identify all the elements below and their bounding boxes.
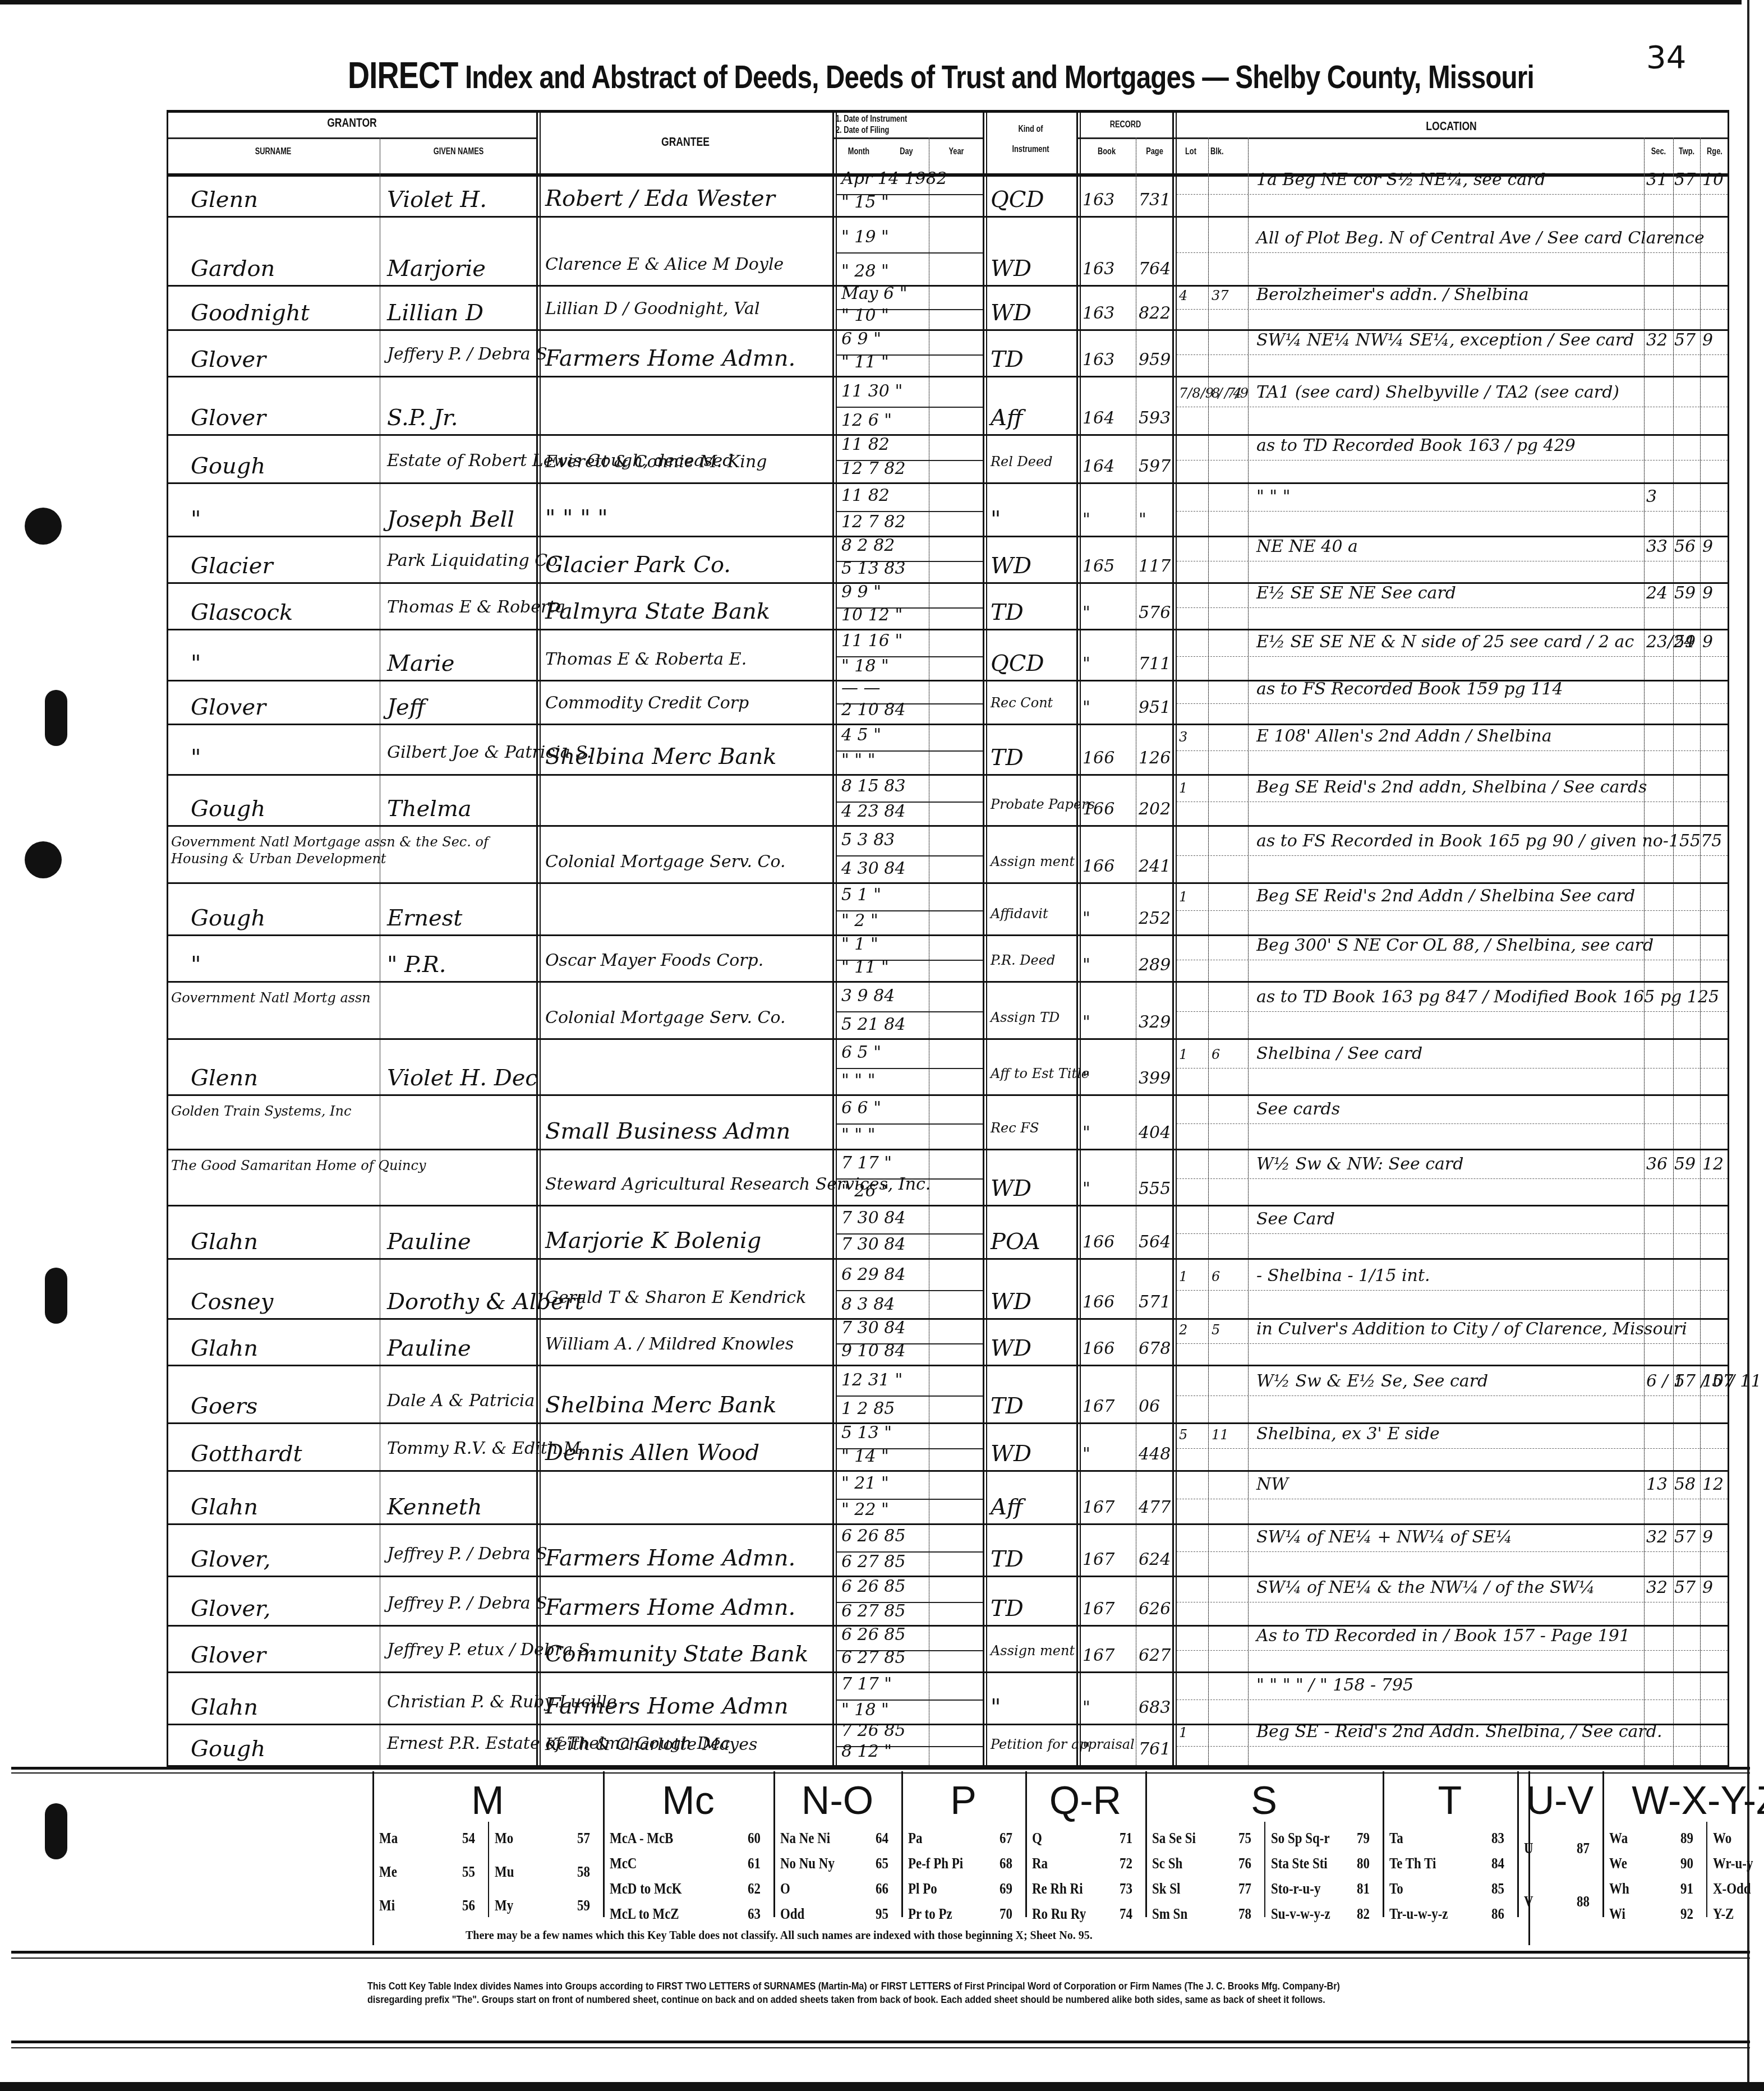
location-blk: 6 <box>1212 1048 1220 1061</box>
key-entry-sheet: 82 <box>1357 1905 1370 1923</box>
grantor-given-names: S.P. Jr. <box>387 407 458 429</box>
location-guide-line <box>1177 656 1728 657</box>
grantee-name: Colonial Mortgage Serv. Co. <box>545 1010 786 1026</box>
header-book: Book <box>1083 147 1130 157</box>
key-entry-label: Pe-f Ph Pi <box>908 1855 963 1872</box>
key-entry-sheet: 56 <box>462 1897 475 1914</box>
key-entry-label: Pa <box>908 1830 923 1847</box>
date-of-filing: " 10 " <box>841 307 889 324</box>
record-book: " <box>1083 957 1090 974</box>
key-entry-label: No Nu Ny <box>780 1855 835 1872</box>
grantor-surname: Glover, <box>191 1548 271 1570</box>
location-description: NE NE 40 a <box>1256 538 1358 555</box>
date-of-instrument: 8 2 82 <box>841 537 895 554</box>
grantee-name: Colonial Mortgage Serv. Co. <box>545 854 786 871</box>
location-rge: 9 <box>1702 1579 1713 1596</box>
header-surname: SURNAME <box>188 147 358 157</box>
location-description: 1a Beg NE cor S½ NE¼, see card <box>1256 172 1546 188</box>
key-group-letter: Mc <box>603 1778 773 1823</box>
location-guide-line <box>1177 910 1728 911</box>
location-guide-line <box>1177 1011 1728 1012</box>
record-book: 164 <box>1083 410 1114 427</box>
record-book: 167 <box>1083 1499 1114 1516</box>
location-rge: 9 <box>1702 538 1713 555</box>
date-of-instrument: " 1 " <box>841 936 878 953</box>
date-of-filing: 6 27 85 <box>841 1650 906 1666</box>
grantee-name: Palmyra State Bank <box>545 600 770 623</box>
date-of-instrument: — — <box>841 680 881 697</box>
record-book: 166 <box>1083 1341 1114 1357</box>
location-lot: 1 <box>1179 781 1187 795</box>
date-of-filing: " 22 " <box>841 1502 889 1518</box>
key-entry-label: Wi <box>1609 1905 1625 1923</box>
key-entry-sheet: 73 <box>1120 1880 1132 1897</box>
key-entry-label: Wh <box>1609 1880 1629 1897</box>
instrument-kind: " <box>991 1696 1001 1719</box>
location-guide-line <box>1177 1233 1728 1234</box>
date-of-instrument: 11 82 <box>841 436 890 453</box>
grantor-surname: Glover <box>191 1644 266 1666</box>
date-of-instrument: 11 30 " <box>841 383 902 400</box>
date-of-instrument: 7 26 85 <box>841 1722 906 1739</box>
date-of-filing: 12 6 " <box>841 412 892 429</box>
date-of-instrument: 11 82 <box>841 487 890 504</box>
location-description: All of Plot Beg. N of Central Ave / See … <box>1256 230 1705 247</box>
key-entry-sheet: 71 <box>1120 1830 1132 1847</box>
grantor-surname: Glascock <box>191 601 293 624</box>
location-divider <box>1173 137 1729 139</box>
grantor-surname: Government Natl Mortg assn <box>171 989 530 1006</box>
key-group-letter: S <box>1145 1778 1383 1823</box>
grantor-given-names: Pauline <box>387 1231 471 1253</box>
date-of-filing: 12 7 82 <box>841 460 906 477</box>
location-lot: 5 <box>1179 1428 1187 1441</box>
record-page: 624 <box>1139 1551 1171 1568</box>
key-end-rule <box>11 1951 1750 1954</box>
grantor-given-names: Kenneth <box>387 1496 482 1518</box>
grantee-name: Thomas E & Roberta E. <box>545 651 747 668</box>
page-title: DIRECT Index and Abstract of Deeds, Deed… <box>348 54 1534 96</box>
key-entry-sheet: 70 <box>1000 1905 1012 1923</box>
record-book: " <box>1083 1014 1090 1031</box>
location-description: W½ Sw & NW: See card <box>1256 1156 1463 1173</box>
key-entry-label: Wr-u-y <box>1713 1855 1753 1872</box>
instrument-kind: Assign ment <box>991 1644 1075 1657</box>
record-book: " <box>1083 910 1090 927</box>
grantor-surname: Glover <box>191 348 266 371</box>
key-entry-sheet: 67 <box>1000 1830 1012 1847</box>
location-guide-line <box>1177 309 1728 310</box>
instrument-kind: WD <box>991 257 1031 280</box>
record-page: 126 <box>1139 750 1171 767</box>
grantor-surname: " <box>191 652 201 675</box>
instrument-kind: WD <box>991 1337 1031 1360</box>
record-page: 764 <box>1139 261 1171 278</box>
grantor-given-names: Ernest <box>387 907 462 929</box>
key-entry-label: Q <box>1032 1830 1042 1847</box>
date-separator <box>837 855 983 856</box>
record-book: " <box>1083 1181 1090 1198</box>
header-blk: Blk. <box>1210 147 1228 157</box>
date-of-filing: " 2 " <box>841 913 878 929</box>
grantor-surname: Gough <box>191 1738 265 1760</box>
record-page: 252 <box>1139 910 1171 927</box>
grantee-name: Clarence E & Alice M Doyle <box>545 256 784 273</box>
record-book: 163 <box>1083 192 1114 209</box>
location-blk: 6 <box>1212 1270 1220 1283</box>
record-page: " <box>1139 512 1146 528</box>
record-book: " <box>1083 656 1090 673</box>
record-book: 163 <box>1083 305 1114 322</box>
record-book: " <box>1083 1741 1090 1758</box>
key-entry-label: Su-v-w-y-z <box>1271 1905 1330 1923</box>
grantee-name: Farmers Home Admn. <box>545 347 795 370</box>
date-of-instrument: 5 13 " <box>841 1425 892 1441</box>
key-entry-label: Ma <box>379 1830 398 1847</box>
binder-hole-icon <box>25 508 62 545</box>
key-entry-label: Tr-u-w-y-z <box>1389 1905 1448 1923</box>
location-rge: 9 <box>1702 332 1713 349</box>
date-of-filing: 2 10 84 <box>841 702 906 719</box>
location-description: " " " " / " 158 - 795 <box>1256 1677 1413 1694</box>
grantor-surname: Gough <box>191 907 265 929</box>
key-entry-label: McA - McB <box>610 1830 673 1847</box>
record-page: 202 <box>1139 801 1171 818</box>
key-entry-sheet: 77 <box>1238 1880 1251 1897</box>
date-of-instrument: 7 17 " <box>841 1676 892 1693</box>
footer-instructions: This Cott Key Table Index divides Names … <box>367 1980 1540 2007</box>
grantor-given-names: Joseph Bell <box>387 508 514 531</box>
date-of-filing: " 26 " <box>841 1183 889 1200</box>
date-of-instrument: 5 1 " <box>841 887 881 904</box>
location-guide-line <box>1177 1178 1728 1179</box>
key-entry-label: Ta <box>1389 1830 1403 1847</box>
scan-edge-bottom <box>0 2082 1764 2091</box>
record-page: 678 <box>1139 1341 1171 1357</box>
record-page: 683 <box>1139 1699 1171 1716</box>
key-entry-label: Sto-r-u-y <box>1271 1880 1320 1897</box>
location-sec: 32 <box>1646 1529 1668 1546</box>
date-divider <box>833 137 984 139</box>
key-entry-sheet: 84 <box>1491 1855 1504 1872</box>
key-entry-label: X-Odd <box>1713 1880 1751 1897</box>
key-entry-sheet: 69 <box>1000 1880 1012 1897</box>
date-of-filing: 8 12 " <box>841 1743 892 1760</box>
date-of-filing: 4 23 84 <box>841 803 906 820</box>
location-description: as to FS Recorded Book 159 pg 114 <box>1256 681 1563 698</box>
instrument-kind: TD <box>991 747 1024 769</box>
key-entry-sheet: 78 <box>1238 1905 1251 1923</box>
location-guide-line <box>1177 802 1728 802</box>
location-description: As to TD Recorded in / Book 157 - Page 1… <box>1256 1628 1630 1645</box>
header-kind-of: Kind of <box>993 125 1068 135</box>
instrument-kind: Assign TD <box>991 1011 1060 1024</box>
header-month: Month <box>839 147 879 157</box>
instrument-kind: Aff <box>991 1496 1023 1518</box>
date-of-instrument: 6 26 85 <box>841 1528 906 1545</box>
grantor-divider <box>167 137 537 139</box>
key-entry-label: Re Rh Ri <box>1032 1880 1083 1897</box>
record-book: 164 <box>1083 458 1114 475</box>
location-description: Shelbina, ex 3' E side <box>1256 1426 1440 1443</box>
record-book: " <box>1083 699 1090 716</box>
location-twp: 59 <box>1674 1156 1696 1173</box>
location-sec: 24 <box>1646 585 1668 602</box>
key-entry-label: Pr to Pz <box>908 1905 952 1923</box>
date-separator <box>837 1123 983 1125</box>
instrument-kind: WD <box>991 302 1031 324</box>
key-entry-label: Sm Sn <box>1152 1905 1187 1923</box>
header-grantee: GRANTEE <box>567 135 804 149</box>
location-description: E½ SE SE NE & N side of 25 see card / 2 … <box>1256 634 1634 651</box>
location-guide-line <box>1177 252 1728 253</box>
key-entry-sheet: 64 <box>876 1830 888 1847</box>
location-guide-line <box>1177 511 1728 512</box>
location-guide-line <box>1177 561 1728 561</box>
location-description: W½ Sw & E½ Se, See card <box>1256 1373 1488 1390</box>
key-entry-label: McC <box>610 1855 637 1872</box>
location-description: E½ SE SE NE See card <box>1256 585 1456 602</box>
grantor-surname: Gough <box>191 455 265 477</box>
location-description: in Culver's Addition to City / of Claren… <box>1256 1321 1687 1338</box>
date-of-filing: " " " <box>841 1127 875 1144</box>
record-book: " <box>1083 1446 1090 1463</box>
date-of-instrument: 6 5 " <box>841 1044 881 1061</box>
location-lot: 1 <box>1179 1270 1187 1283</box>
location-sec: 13 <box>1646 1476 1668 1493</box>
key-entry-sheet: 76 <box>1238 1855 1251 1872</box>
instrument-kind: Aff <box>991 407 1023 429</box>
key-entry-label: Na Ne Ni <box>780 1830 830 1847</box>
key-entry-sheet: 88 <box>1577 1893 1590 1910</box>
key-entry-label: My <box>495 1897 513 1914</box>
header-year: Year <box>934 147 978 157</box>
record-book: 166 <box>1083 801 1114 818</box>
grantor-given-names: Thelma <box>387 798 472 820</box>
header-rge: Rge. <box>1703 147 1726 157</box>
binder-slot-icon <box>45 1268 67 1324</box>
date-of-filing: 7 30 84 <box>841 1236 906 1253</box>
grantee-name: Everett & Connie M. King <box>545 454 767 471</box>
instrument-kind: WD <box>991 1291 1031 1313</box>
grantee-name: Marjorie K Bolenig <box>545 1229 761 1252</box>
key-entry-sheet: 60 <box>748 1830 761 1847</box>
location-lot: 3 <box>1179 730 1187 744</box>
location-twp: 57 <box>1674 1529 1696 1546</box>
record-page: 593 <box>1139 410 1171 427</box>
date-of-instrument: 6 26 85 <box>841 1627 906 1643</box>
binder-slot-icon <box>45 690 67 746</box>
record-page: 711 <box>1139 656 1171 673</box>
date-separator <box>837 1011 983 1012</box>
location-description: as to TD Book 163 pg 847 / Modified Book… <box>1256 989 1719 1006</box>
grantor-surname: " <box>191 954 201 976</box>
grantee-name: Keith & Charlotte Mayes <box>545 1737 757 1753</box>
date-of-instrument: 8 15 83 <box>841 778 906 795</box>
grantor-given-names: Lillian D <box>387 302 483 324</box>
key-entry-sheet: 83 <box>1491 1830 1504 1847</box>
grantor-surname: Glahn <box>191 1231 258 1253</box>
key-entry-sheet: 65 <box>876 1855 888 1872</box>
date-of-instrument: 6 29 84 <box>841 1266 906 1283</box>
grantor-surname: Glahn <box>191 1696 258 1719</box>
location-guide-line <box>1177 1448 1728 1449</box>
table-end-rule <box>11 1767 1750 1770</box>
scan-edge-right <box>1742 0 1764 2091</box>
grantor-given-names: Violet H. <box>387 188 487 211</box>
grantor-surname: Gotthardt <box>191 1443 302 1465</box>
key-entry-label: So Sp Sq-r <box>1271 1830 1330 1847</box>
date-of-filing: 10 12 " <box>841 607 902 624</box>
key-entry-label: Wa <box>1609 1830 1628 1847</box>
instrument-kind: TD <box>991 348 1024 371</box>
key-entry-sheet: 57 <box>577 1830 590 1847</box>
grantor-surname: Goers <box>191 1395 257 1417</box>
location-twp: 57 <box>1674 172 1696 188</box>
date-of-filing: 4 30 84 <box>841 860 906 877</box>
record-book: 167 <box>1083 1647 1114 1664</box>
location-lot: 1 <box>1179 1048 1187 1061</box>
date-of-instrument: 7 30 84 <box>841 1210 906 1227</box>
date-of-filing: 6 27 85 <box>841 1554 906 1570</box>
date-of-instrument: 4 5 " <box>841 727 881 744</box>
header-sec: Sec. <box>1647 147 1670 157</box>
key-entry-sheet: 86 <box>1491 1905 1504 1923</box>
key-entry-label: Pl Po <box>908 1880 937 1897</box>
header-record: RECORD <box>1087 120 1164 130</box>
instrument-kind: Assign ment <box>991 855 1075 868</box>
instrument-kind: Affidavit <box>991 907 1048 920</box>
key-entry-label: Mo <box>495 1830 513 1847</box>
grantee-name: Gerald T & Sharon E Kendrick <box>545 1289 806 1306</box>
instrument-kind: Rel Deed <box>991 455 1053 468</box>
location-guide-line <box>1177 194 1728 195</box>
location-blk: 37 <box>1212 289 1229 302</box>
location-description: SW¼ NE¼ NW¼ SE¼, exception / See card <box>1256 332 1634 349</box>
location-description: SW¼ of NE¼ + NW¼ of SE¼ <box>1256 1529 1512 1546</box>
key-entry-sheet: 79 <box>1357 1830 1370 1847</box>
date-of-instrument: 7 30 84 <box>841 1320 906 1337</box>
record-page: 117 <box>1139 558 1171 575</box>
date-of-instrument: 7 17 " <box>841 1155 892 1172</box>
location-sec: 36 <box>1646 1156 1668 1173</box>
date-of-filing: 8 3 84 <box>841 1296 895 1313</box>
header-lot: Lot <box>1177 147 1205 157</box>
record-page: 761 <box>1139 1741 1171 1758</box>
date-of-filing: " 18 " <box>841 1702 889 1719</box>
key-entry-sheet: 85 <box>1491 1880 1504 1897</box>
key-entry-sheet: 62 <box>748 1880 761 1897</box>
instrument-kind: Probate Papers <box>991 798 1095 811</box>
grantor-surname: Gough <box>191 798 265 820</box>
title-direct: DIRECT <box>348 54 458 96</box>
record-book: 166 <box>1083 1234 1114 1251</box>
grantee-name: Glacier Park Co. <box>545 554 731 576</box>
record-page: 959 <box>1139 352 1171 369</box>
header-given-names: GIVEN NAMES <box>395 147 522 157</box>
instrument-kind: Rec Cont <box>991 696 1053 710</box>
key-entry-label: We <box>1609 1855 1627 1872</box>
key-group-letter: U-V <box>1517 1778 1602 1823</box>
key-entry-sheet: 89 <box>1680 1830 1693 1847</box>
key-group-letter: N-O <box>773 1778 901 1823</box>
record-page: 627 <box>1139 1647 1171 1664</box>
key-entry-label: Wo <box>1713 1830 1731 1847</box>
location-guide-line <box>1177 750 1728 751</box>
key-table-note: There may be a few names which this Key … <box>466 1929 1093 1942</box>
date-of-instrument: 12 31 " <box>841 1372 902 1389</box>
grantor-surname: The Good Samaritan Home of Quincy <box>171 1157 530 1174</box>
location-twp: 59 <box>1674 585 1696 602</box>
grantor-given-names: Jeffrey P. / Debra S. <box>387 1595 552 1612</box>
record-page: 404 <box>1139 1125 1171 1141</box>
key-entry-label: Te Th Ti <box>1389 1855 1436 1872</box>
location-twp: 56 <box>1674 538 1696 555</box>
location-guide-line <box>1177 960 1728 960</box>
key-entry-label: Sc Sh <box>1152 1855 1182 1872</box>
key-entry-sheet: 90 <box>1680 1855 1693 1872</box>
record-page: 448 <box>1139 1446 1171 1463</box>
date-of-instrument: Apr 14 1982 <box>841 171 947 187</box>
grantee-name: Dennis Allen Wood <box>545 1441 759 1464</box>
location-lot: 1 <box>1179 1726 1187 1739</box>
instrument-kind: Aff to Est Title <box>991 1067 1089 1080</box>
grantor-given-names: " P.R. <box>387 954 446 976</box>
grantor-given-names: Pauline <box>387 1337 471 1360</box>
location-description: NW <box>1256 1476 1288 1493</box>
key-entry-label: Ra <box>1032 1855 1048 1872</box>
location-twp: 57 <box>1674 1579 1696 1596</box>
instrument-kind: Rec FS <box>991 1121 1039 1135</box>
key-entry-label: U <box>1524 1840 1533 1857</box>
footer-line-2: disregarding prefix "The". Groups start … <box>367 1993 1540 2007</box>
instrument-kind: TD <box>991 1395 1024 1417</box>
record-book: 165 <box>1083 558 1114 575</box>
key-entry-sheet: 75 <box>1238 1830 1251 1847</box>
grantor-given-names: Jeff <box>387 696 425 719</box>
location-twp: 57 <box>1674 332 1696 349</box>
key-entry-label: To <box>1389 1880 1403 1897</box>
location-guide-line <box>1177 407 1728 407</box>
location-rge: 9 <box>1702 634 1713 651</box>
key-group-letter: M <box>372 1778 603 1823</box>
grantee-name: Oscar Mayer Foods Corp. <box>545 952 763 969</box>
record-page: 731 <box>1139 192 1171 209</box>
location-guide-line <box>1177 1602 1728 1602</box>
ledger-page: DIRECT Index and Abstract of Deeds, Deed… <box>0 0 1764 2091</box>
date-of-instrument: 5 3 83 <box>841 832 895 849</box>
grantor-surname: " <box>191 508 201 531</box>
record-page: 822 <box>1139 305 1171 322</box>
location-guide-line <box>1177 460 1728 460</box>
grantor-surname: Goodnight <box>191 302 310 324</box>
grantor-given-names: Marjorie <box>387 257 486 280</box>
header-day: Day <box>888 147 924 157</box>
location-lot: 2 <box>1179 1323 1187 1337</box>
key-entry-sheet: 80 <box>1357 1855 1370 1872</box>
date-of-filing: " 18 " <box>841 658 889 675</box>
grantor-surname: Glahn <box>191 1337 258 1360</box>
key-entry-label: Sk Sl <box>1152 1880 1180 1897</box>
key-entry-sheet: 61 <box>748 1855 761 1872</box>
location-lot: 4 <box>1179 289 1187 302</box>
grantee-name: Shelbina Merc Bank <box>545 745 776 768</box>
instrument-kind: QCD <box>991 652 1044 675</box>
location-guide-line <box>1177 1123 1728 1124</box>
key-subcolumn-divider <box>1264 1822 1265 1917</box>
location-twp: 59 <box>1674 634 1696 651</box>
location-guide-line <box>1177 1395 1728 1396</box>
